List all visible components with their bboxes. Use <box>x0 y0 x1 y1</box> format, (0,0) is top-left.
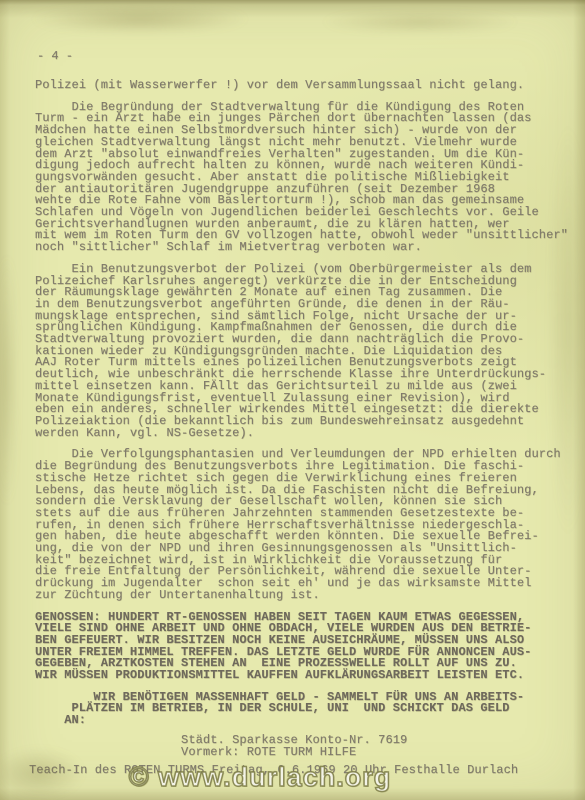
text-line: Vormerk: ROTE TURM HILFE <box>35 747 567 759</box>
paragraph: Ein Benutzungsverbot der Polizei (vom Ob… <box>35 264 567 440</box>
text-line: noch "sittlicher" Schlaf im Mietvertrag … <box>35 242 567 254</box>
paragraph: Die Begründung der Stadtverwaltung für d… <box>35 102 567 254</box>
page-number: - 4 - <box>37 50 567 62</box>
paragraph: GENOSSEN: HUNDERT RT-GENOSSEN HABEN SEIT… <box>35 612 567 682</box>
paragraph: Städt. Sparkasse Konto-Nr. 7619 Vormerk:… <box>35 735 567 758</box>
text-line: zur Züchtung der Untertanenhaltung ist. <box>35 590 567 602</box>
text-line: WIR MÜSSEN PRODUKTIONSMITTEL KAUFFEN AUF… <box>35 670 567 682</box>
scanned-page: - 4 - Polizei (mit Wasserwerfer !) vor d… <box>0 0 585 800</box>
text-line: werden Kann, vgl. NS-Gesetze). <box>35 428 567 440</box>
document-body: Polizei (mit Wasserwerfer !) vor dem Ver… <box>35 80 567 777</box>
paper-stain <box>320 10 520 34</box>
paragraph: Die Verfolgungsphantasien und Verleumdun… <box>35 449 567 601</box>
paper-stain <box>30 4 250 34</box>
paragraph: WIR BENÖTIGEN MASSENHAFT GELD - SAMMELT … <box>35 692 567 727</box>
paragraph: Polizei (mit Wasserwerfer !) vor dem Ver… <box>35 80 567 92</box>
text-line: PLÄTZEN IM BETRIEB, IN DER SCHULE, UNI U… <box>35 703 567 715</box>
paper-stain <box>0 250 18 510</box>
text-line: AN: <box>35 715 567 727</box>
text-line: Polizei (mit Wasserwerfer !) vor dem Ver… <box>35 80 567 92</box>
watermark: © www.durlach.org <box>129 762 391 793</box>
